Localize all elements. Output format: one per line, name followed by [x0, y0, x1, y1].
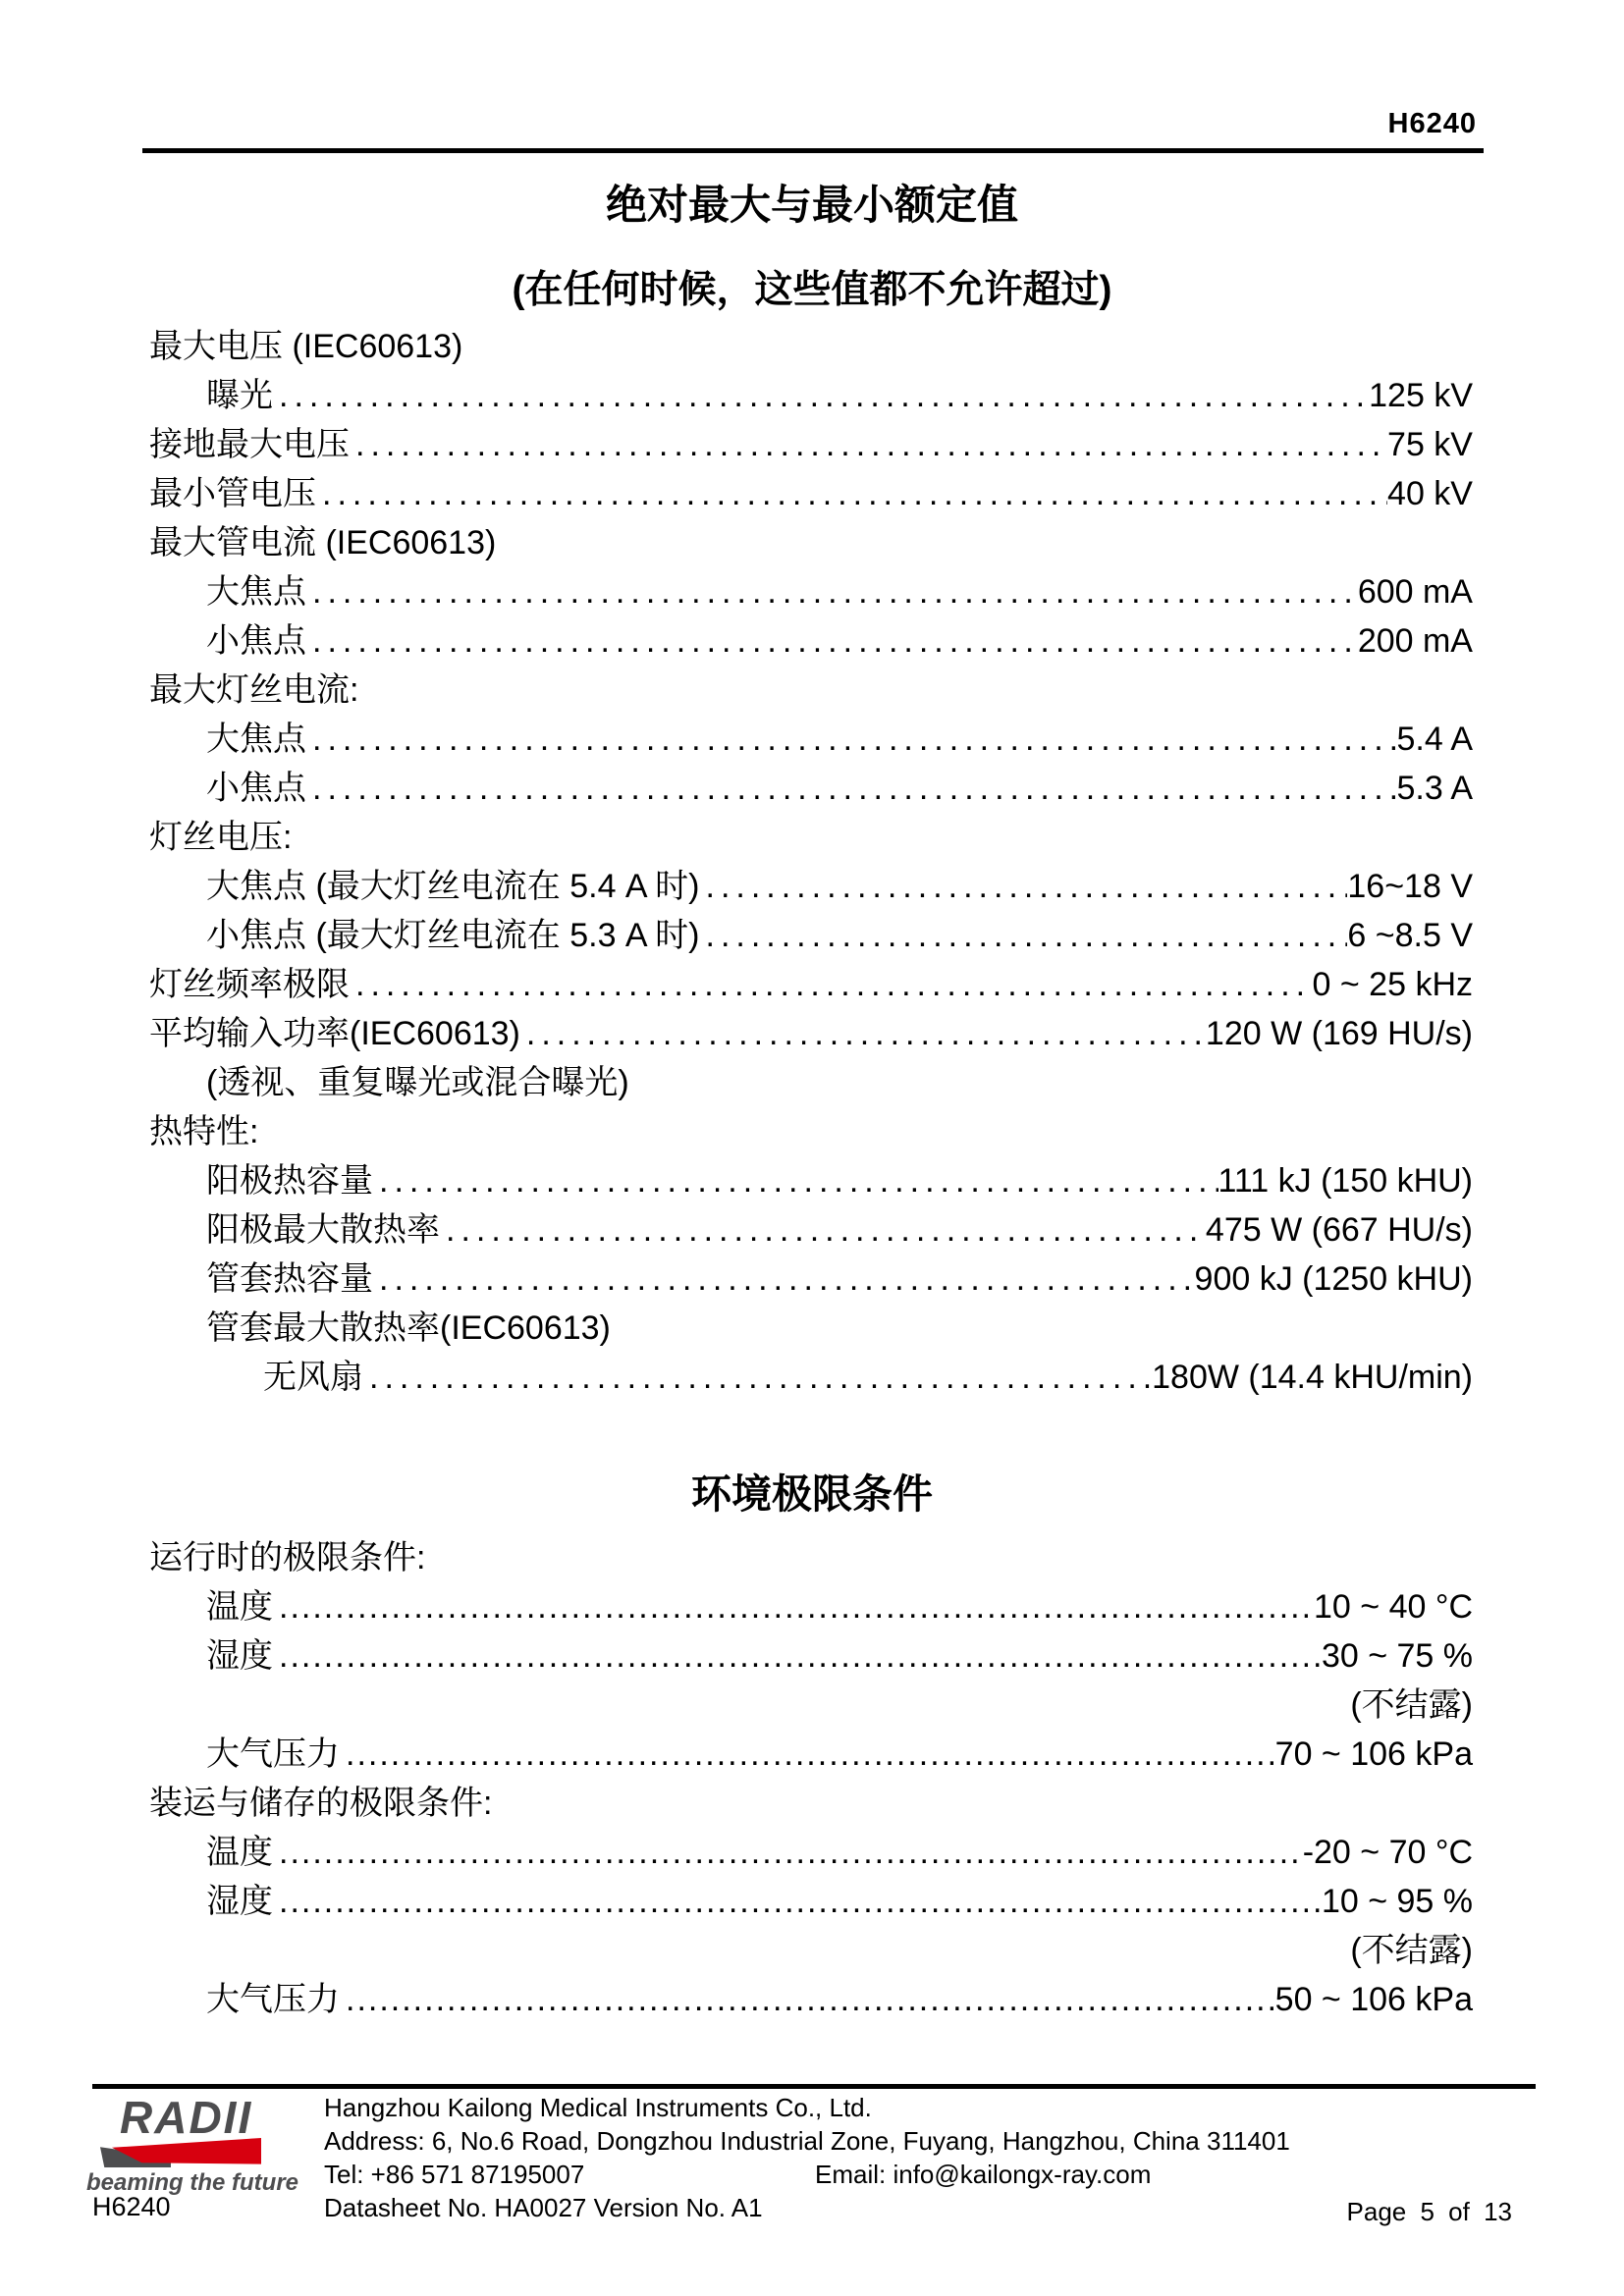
dot-leader [700, 911, 1348, 960]
spec-label: 热特性: [149, 1107, 258, 1156]
footer-company-name: Hangzhou Kailong Medical Instruments Co.… [324, 2091, 1290, 2124]
spec-row: 管套热容量900 kJ (1250 kHU) [149, 1255, 1473, 1304]
spec-label: 大气压力 [206, 1730, 340, 1779]
spec-label: 无风扇 [263, 1353, 363, 1402]
spec-value: 5.3 A [1396, 764, 1473, 813]
spec-label: 灯丝频率极限 [149, 960, 350, 1009]
spec-value: 5.4 A [1396, 715, 1473, 764]
spec-row: 最大管电流 (IEC60613) [149, 518, 1473, 567]
spec-row: (不结露) [149, 1926, 1473, 1975]
spec-value: 10 ~ 95 % [1322, 1877, 1473, 1926]
dot-leader [340, 1975, 1275, 2024]
spec-row: 最小管电压40 kV [149, 469, 1473, 518]
spec-row: 湿度30 ~ 75 % [149, 1631, 1473, 1681]
spec-row: 灯丝电压: [149, 813, 1473, 862]
spec-value: 111 kJ (150 kHU) [1218, 1156, 1474, 1205]
dot-leader [306, 764, 1396, 813]
spec-value: 120 W (169 HU/s) [1206, 1009, 1473, 1058]
spec-value: 475 W (667 HU/s) [1206, 1205, 1473, 1255]
page-number-label: Page 5 of 13 [1347, 2197, 1512, 2227]
dot-leader [306, 567, 1358, 616]
spec-row: (透视、重复曝光或混合曝光) [149, 1058, 1473, 1107]
spec-row: 平均输入功率(IEC60613)120 W (169 HU/s) [149, 1009, 1473, 1058]
dot-leader [700, 862, 1348, 911]
spec-row: 大焦点5.4 A [149, 715, 1473, 764]
dot-leader [273, 1582, 1314, 1631]
spec-label: 小焦点 [206, 764, 306, 813]
spec-label: 接地最大电压 [149, 420, 350, 469]
spec-row: 阳极最大散热率475 W (667 HU/s) [149, 1205, 1473, 1255]
logo-wordmark: RADII [94, 2097, 320, 2138]
spec-label: 阳极热容量 [206, 1156, 373, 1205]
spec-label: 湿度 [206, 1877, 273, 1926]
ratings-section-title: 绝对最大与最小额定值 [0, 173, 1624, 232]
spec-label: 大焦点 [206, 715, 306, 764]
spec-row: 温度-20 ~ 70 °C [149, 1828, 1473, 1877]
dot-leader [340, 1730, 1275, 1779]
spec-row: 大气压力70 ~ 106 kPa [149, 1730, 1473, 1779]
spec-label: 运行时的极限条件: [149, 1533, 425, 1582]
spec-label: 阳极最大散热率 [206, 1205, 440, 1255]
spec-label: 灯丝电压: [149, 813, 292, 862]
spec-value: 6 ~8.5 V [1347, 911, 1473, 960]
spec-row: 装运与储存的极限条件: [149, 1779, 1473, 1828]
spec-row: 接地最大电压75 kV [149, 420, 1473, 469]
logo-swoosh-icon [112, 2138, 289, 2167]
spec-label: 管套热容量 [206, 1255, 373, 1304]
dot-leader [273, 1631, 1322, 1681]
spec-label: 最大管电流 (IEC60613) [149, 518, 496, 567]
spec-value: 40 kV [1387, 469, 1473, 518]
environment-section-title: 环境极限条件 [0, 1462, 1624, 1520]
dot-leader [363, 1353, 1152, 1402]
spec-label: (不结露) [1350, 1926, 1473, 1975]
spec-value: -20 ~ 70 °C [1303, 1828, 1473, 1877]
dot-leader [373, 1156, 1218, 1205]
environment-list: 运行时的极限条件:温度10 ~ 40 °C湿度30 ~ 75 %(不结露)大气压… [149, 1533, 1473, 2024]
spec-row: 大焦点600 mA [149, 567, 1473, 616]
spec-label: 管套最大散热率(IEC60613) [206, 1304, 611, 1353]
spec-row: 大焦点 (最大灯丝电流在 5.4 A 时)16~18 V [149, 862, 1473, 911]
spec-label: 平均输入功率(IEC60613) [149, 1009, 520, 1058]
spec-label: 温度 [206, 1828, 273, 1877]
spec-row: 大气压力50 ~ 106 kPa [149, 1975, 1473, 2024]
spec-label: 最小管电压 [149, 469, 316, 518]
spec-value: 16~18 V [1347, 862, 1473, 911]
spec-label: 温度 [206, 1582, 273, 1631]
spec-value: 70 ~ 106 kPa [1275, 1730, 1473, 1779]
spec-value: 75 kV [1387, 420, 1473, 469]
spec-label: (不结露) [1350, 1681, 1473, 1730]
footer-address: Address: 6, No.6 Road, Dongzhou Industri… [324, 2124, 1290, 2158]
header-rule [142, 148, 1484, 153]
footer-contact-line: Tel: +86 571 87195007 Email: info@kailon… [324, 2158, 1290, 2191]
spec-value: 10 ~ 40 °C [1314, 1582, 1473, 1631]
spec-value: 900 kJ (1250 kHU) [1195, 1255, 1473, 1304]
dot-leader [440, 1205, 1206, 1255]
spec-label: 湿度 [206, 1631, 273, 1681]
spec-label: 曝光 [206, 371, 273, 420]
dot-leader [350, 420, 1387, 469]
spec-value: 200 mA [1358, 616, 1473, 666]
spec-row: (不结露) [149, 1681, 1473, 1730]
spec-label: 大气压力 [206, 1975, 340, 2024]
footer-model-number: H6240 [92, 2192, 171, 2222]
spec-row: 最大电压 (IEC60613) [149, 322, 1473, 371]
dot-leader [520, 1009, 1206, 1058]
spec-value: 125 kV [1369, 371, 1473, 420]
spec-label: 最大电压 (IEC60613) [149, 322, 462, 371]
spec-label: 装运与储存的极限条件: [149, 1779, 492, 1828]
doc-number-header: H6240 [1388, 108, 1477, 140]
dot-leader [350, 960, 1313, 1009]
spec-label: 大焦点 (最大灯丝电流在 5.4 A 时) [206, 862, 700, 911]
dot-leader [316, 469, 1387, 518]
footer-tel: Tel: +86 571 87195007 [324, 2158, 815, 2191]
dot-leader [273, 1828, 1303, 1877]
spec-label: (透视、重复曝光或混合曝光) [206, 1058, 629, 1107]
footer-company-info: Hangzhou Kailong Medical Instruments Co.… [324, 2091, 1290, 2224]
dot-leader [306, 715, 1396, 764]
footer-rule [92, 2084, 1536, 2089]
spec-row: 灯丝频率极限0 ~ 25 kHz [149, 960, 1473, 1009]
dot-leader [306, 616, 1358, 666]
spec-row: 管套最大散热率(IEC60613) [149, 1304, 1473, 1353]
spec-row: 热特性: [149, 1107, 1473, 1156]
spec-row: 小焦点5.3 A [149, 764, 1473, 813]
ratings-list: 最大电压 (IEC60613)曝光125 kV接地最大电压75 kV最小管电压4… [149, 322, 1473, 1402]
company-logo: RADII beaming the future [94, 2097, 320, 2197]
spec-row: 湿度10 ~ 95 % [149, 1877, 1473, 1926]
spec-value: 50 ~ 106 kPa [1275, 1975, 1473, 2024]
spec-row: 小焦点200 mA [149, 616, 1473, 666]
spec-label: 小焦点 (最大灯丝电流在 5.3 A 时) [206, 911, 700, 960]
spec-row: 曝光125 kV [149, 371, 1473, 420]
spec-row: 最大灯丝电流: [149, 666, 1473, 715]
spec-row: 阳极热容量111 kJ (150 kHU) [149, 1156, 1473, 1205]
footer-datasheet-number: Datasheet No. HA0027 Version No. A1 [324, 2191, 1290, 2224]
spec-row: 小焦点 (最大灯丝电流在 5.3 A 时)6 ~8.5 V [149, 911, 1473, 960]
spec-label: 大焦点 [206, 567, 306, 616]
spec-label: 小焦点 [206, 616, 306, 666]
spec-value: 600 mA [1358, 567, 1473, 616]
spec-row: 无风扇180W (14.4 kHU/min) [149, 1353, 1473, 1402]
dot-leader [273, 371, 1369, 420]
dot-leader [373, 1255, 1195, 1304]
datasheet-page: H6240 绝对最大与最小额定值 (在任何时候，这些值都不允许超过) 最大电压 … [0, 0, 1624, 2296]
spec-row: 运行时的极限条件: [149, 1533, 1473, 1582]
spec-label: 最大灯丝电流: [149, 666, 358, 715]
spec-value: 0 ~ 25 kHz [1313, 960, 1473, 1009]
dot-leader [273, 1877, 1322, 1926]
spec-value: 30 ~ 75 % [1322, 1631, 1473, 1681]
footer-email: Email: info@kailongx-ray.com [815, 2158, 1151, 2191]
spec-value: 180W (14.4 kHU/min) [1152, 1353, 1473, 1402]
ratings-section-subtitle: (在任何时候，这些值都不允许超过) [0, 259, 1624, 314]
spec-row: 温度10 ~ 40 °C [149, 1582, 1473, 1631]
